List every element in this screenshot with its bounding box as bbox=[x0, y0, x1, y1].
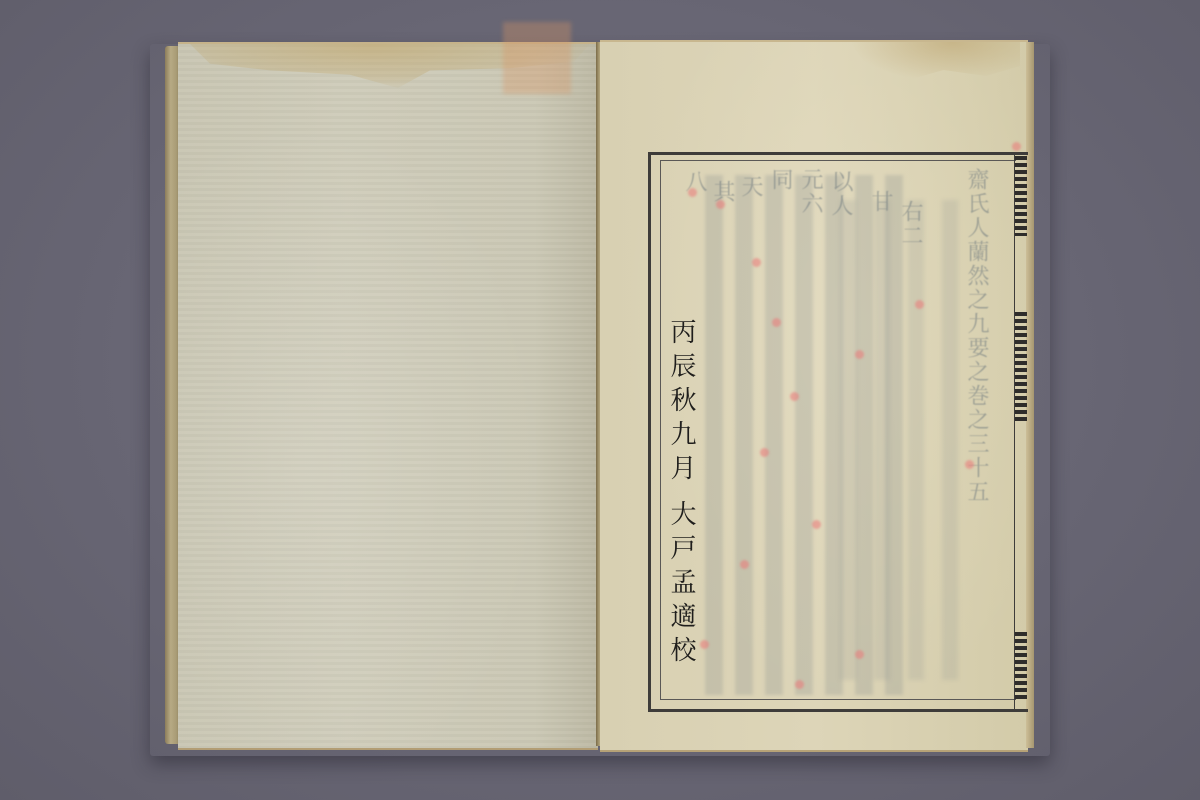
red-annotation-mark bbox=[1012, 142, 1021, 151]
colophon: 丙辰秋九月大戸孟適校 bbox=[662, 318, 698, 670]
red-annotation-mark bbox=[716, 200, 725, 209]
bleed-through-texture bbox=[840, 200, 960, 680]
red-annotation-mark bbox=[760, 448, 769, 457]
fold-volume-mark bbox=[1015, 312, 1027, 422]
center-fold-column bbox=[1014, 152, 1029, 712]
red-annotation-mark bbox=[915, 300, 924, 309]
colophon-date: 丙辰秋九月 bbox=[666, 318, 696, 488]
fold-title-mark bbox=[1015, 156, 1027, 236]
faded-text-column: 齋氏人蘭然之九要之巻之三十五 bbox=[966, 168, 988, 504]
seal-bleed-mark bbox=[503, 22, 571, 94]
red-annotation-mark bbox=[790, 392, 799, 401]
red-annotation-mark bbox=[772, 318, 781, 327]
red-annotation-mark bbox=[795, 680, 804, 689]
red-annotation-mark bbox=[855, 650, 864, 659]
red-annotation-mark bbox=[752, 258, 761, 267]
red-annotation-mark bbox=[688, 188, 697, 197]
red-annotation-mark bbox=[700, 640, 709, 649]
red-annotation-mark bbox=[855, 350, 864, 359]
colophon-editor: 大戸孟適校 bbox=[664, 500, 698, 670]
left-page bbox=[178, 42, 598, 750]
red-annotation-mark bbox=[812, 520, 821, 529]
red-annotation-mark bbox=[740, 560, 749, 569]
fold-fishtail-mark bbox=[1015, 632, 1027, 702]
red-annotation-mark bbox=[965, 460, 974, 469]
